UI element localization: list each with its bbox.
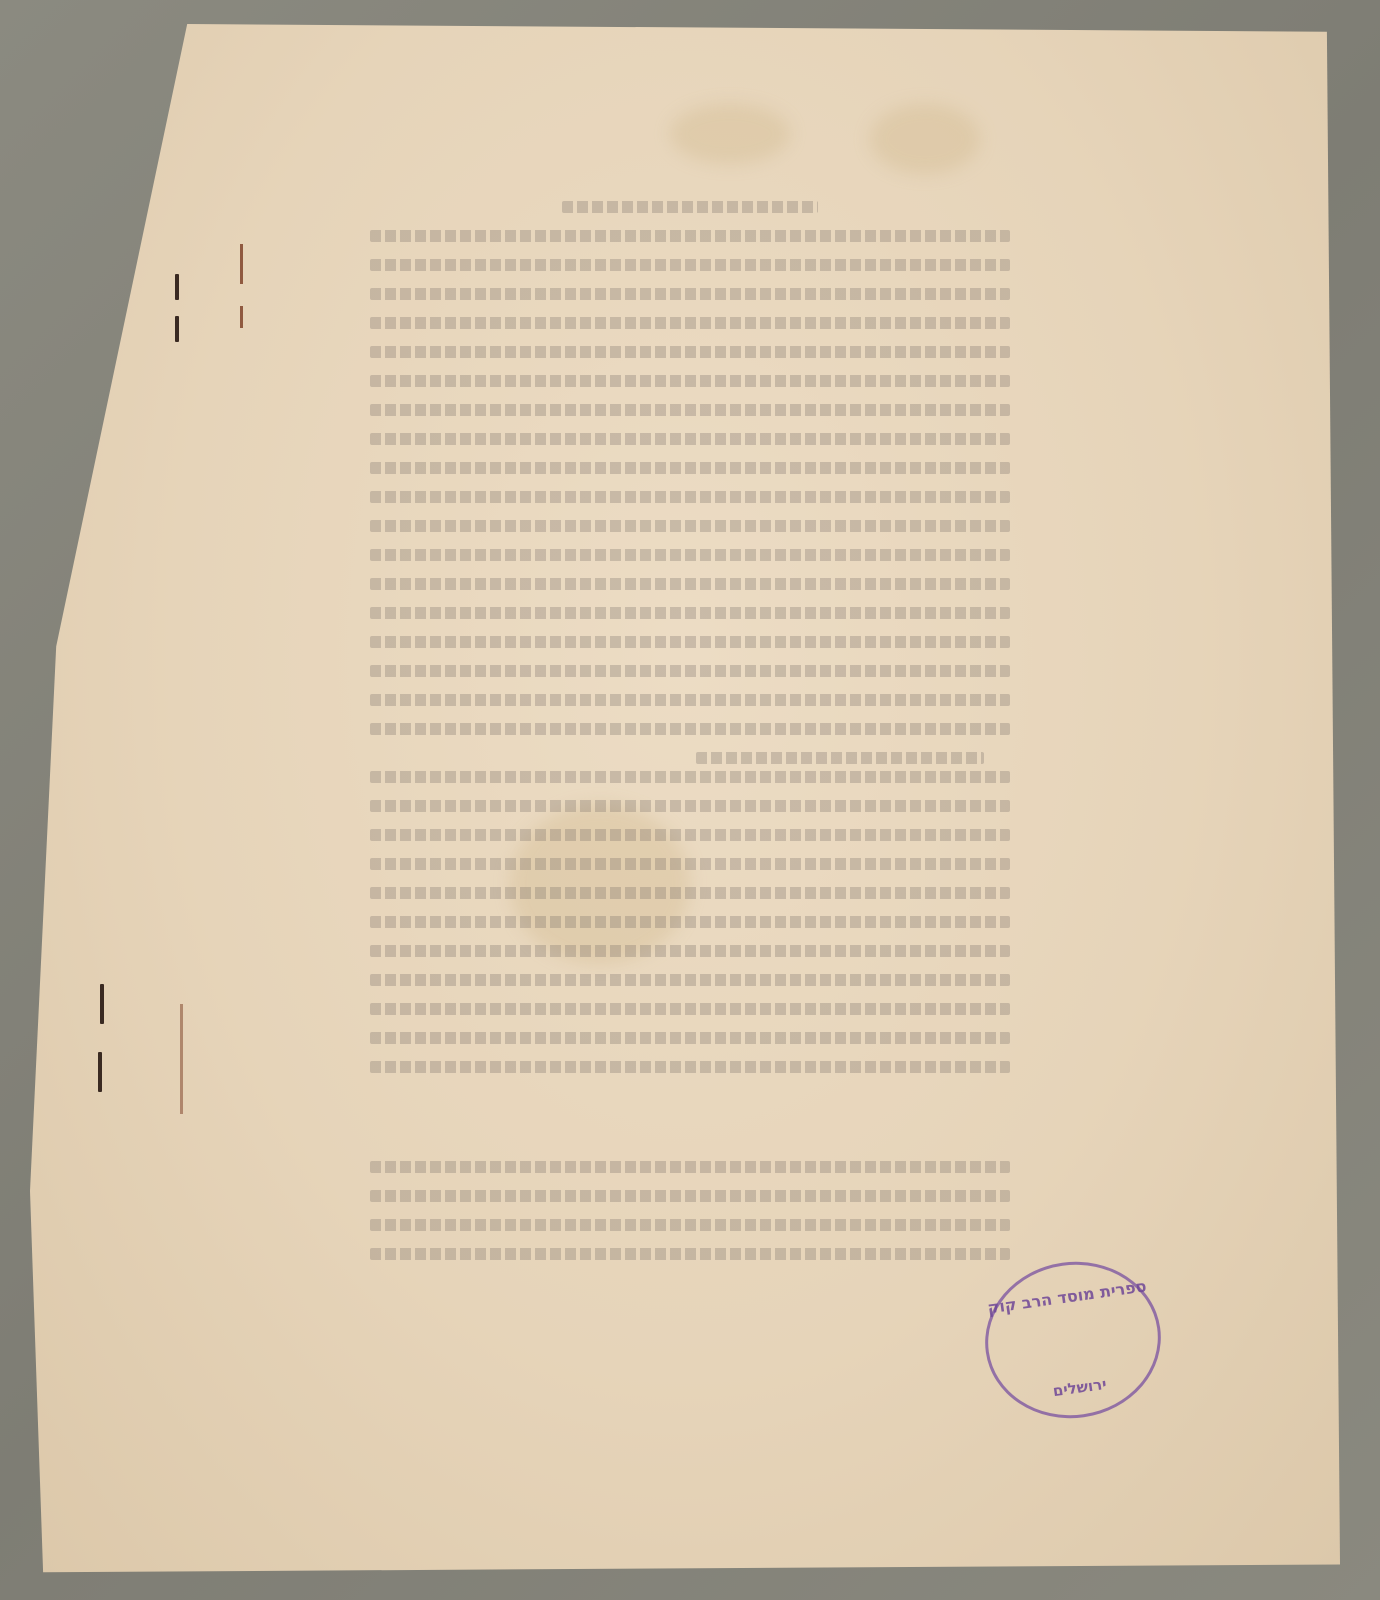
- typed-text-middle: [370, 754, 1010, 1090]
- staple-mark: [175, 316, 179, 342]
- typed-text-lower: [370, 1144, 1010, 1277]
- staple-mark: [98, 1052, 102, 1092]
- rust-mark: [240, 244, 243, 284]
- staple-mark: [100, 984, 104, 1024]
- rust-mark: [180, 1004, 183, 1114]
- typed-text-upper: [370, 184, 1010, 781]
- staple-mark: [175, 274, 179, 300]
- rust-mark: [240, 306, 243, 328]
- paper-stain: [670, 104, 790, 164]
- paper-stain: [870, 104, 980, 174]
